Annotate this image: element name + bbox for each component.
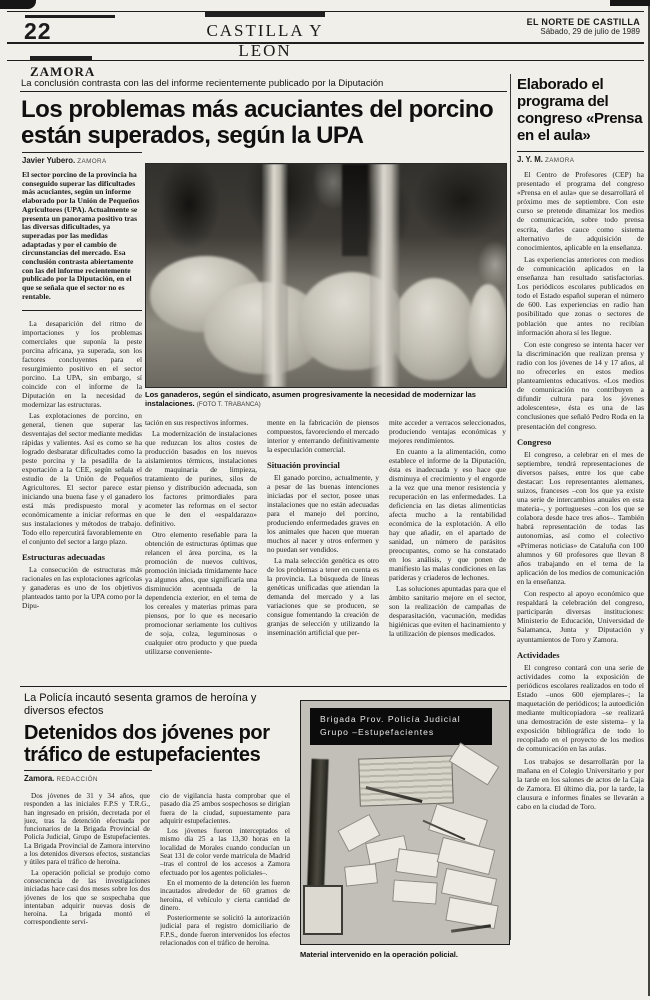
police-sign: Brigada Prov. Policía Judicial Grupo –Es…: [310, 708, 492, 745]
main-headline: Los problemas más acuciantes del porcino…: [21, 97, 509, 149]
evidence-photo-caption: Material intervenido en la operación pol…: [300, 950, 510, 959]
police-headline: Detenidos dos jóvenes por tráfico de est…: [24, 722, 324, 766]
paragraph: Con respecto al apoyo económico que resp…: [517, 589, 644, 644]
paragraph: Las soluciones apuntadas para que el ámb…: [389, 584, 506, 638]
police-sign-line1: Brigada Prov. Policía Judicial: [320, 713, 492, 726]
main-kicker-rule: [20, 91, 507, 92]
sidebar-article: Elaborado el programa del congreso «Pren…: [517, 76, 644, 988]
pig: [392, 278, 476, 380]
evidence-box: [303, 885, 343, 935]
fence-post: [370, 164, 400, 387]
paragraph: En el momento de la detención les fueron…: [160, 879, 290, 912]
main-kicker: La conclusión contrasta con las del info…: [21, 78, 507, 89]
publication-block: EL NORTE DE CASTILLA Sábado, 29 de julio…: [480, 17, 640, 36]
main-col1-body: La desaparición del ritmo de importacion…: [22, 319, 142, 610]
evidence-packet: [344, 863, 378, 886]
paragraph: Las explotaciones de porcino, en general…: [22, 411, 142, 546]
main-byline-place: ZAMORA: [77, 158, 106, 165]
section-title: CASTILLA Y LEON: [180, 21, 350, 61]
congress-byline-place: ZAMORA: [545, 157, 574, 164]
pigs-photo: [145, 163, 507, 388]
paragraph: La operación policial se produjo como co…: [24, 869, 150, 927]
fence-post: [262, 164, 288, 387]
paragraph: Con este congreso se intenta hacer ver l…: [517, 340, 644, 431]
police-byline-rule: [24, 770, 152, 771]
scan-artifact-topright: [610, 0, 650, 6]
paragraph: Los trabajos se desarrollarán por la mañ…: [517, 757, 644, 812]
evidence-packet: [449, 742, 500, 785]
paragraph: La mala selección genética es otro de lo…: [267, 556, 379, 637]
photo-credit: (FOTO T. TRABANCA): [197, 401, 261, 408]
paragraph: El congreso contará con una serie de act…: [517, 663, 644, 754]
caption-text: Los ganaderos, según el sindicato, asume…: [145, 390, 476, 408]
subhead-congreso: Congreso: [517, 437, 644, 447]
evidence-photo: Brigada Prov. Policía Judicial Grupo –Es…: [300, 700, 510, 945]
region-rule: [7, 60, 644, 61]
lead-rule: [22, 310, 142, 311]
syringe: [451, 924, 491, 933]
main-col3: mente en la fabricación de piensos compu…: [267, 418, 379, 684]
scan-artifact-topleft: [0, 0, 36, 9]
paragraph: mente en la fabricación de piensos compu…: [267, 418, 379, 454]
paragraph: cio de vigilancia hasta comprobar que el…: [160, 792, 290, 825]
paragraph: La desaparición del ritmo de importacion…: [22, 319, 142, 409]
police-col1: Dos jóvenes de 31 y 34 años, que respond…: [24, 792, 150, 970]
page-number: 22: [24, 18, 52, 45]
main-col4: mite acceder a verracos seleccionados, p…: [389, 418, 506, 686]
paragraph: Las experiencias anteriores con medios d…: [517, 255, 644, 337]
main-byline: Javier Yubero. ZAMORA: [22, 156, 142, 165]
congress-byline-author: J. Y. M.: [517, 155, 543, 164]
evidence-packet: [392, 879, 437, 904]
paragraph: El congreso, a celebrar en el mes de sep…: [517, 450, 644, 586]
header-top-rule: [7, 11, 644, 12]
pig: [468, 284, 507, 378]
publication-date: Sábado, 29 de julio de 1989: [480, 27, 640, 36]
paragraph: Otro elemento reseñable para la obtenció…: [145, 530, 257, 656]
paragraph: La modernización de instalaciones que re…: [145, 429, 257, 528]
main-byline-author: Javier Yubero.: [22, 156, 75, 165]
congress-body: El Centro de Profesores (CEP) ha present…: [517, 170, 644, 811]
congress-byline-rule: [517, 151, 644, 152]
publication-name: EL NORTE DE CASTILLA: [480, 17, 640, 27]
paragraph: mite acceder a verracos seleccionados, p…: [389, 418, 506, 445]
paragraph: El Centro de Profesores (CEP) ha present…: [517, 170, 644, 252]
main-col1: Javier Yubero. ZAMORA El sector porcino …: [22, 152, 142, 684]
section-bar: [205, 12, 325, 17]
police-kicker: La Policía incautó sesenta gramos de her…: [24, 692, 292, 718]
bottom-article-rule: [20, 686, 507, 687]
byline-rule: [22, 152, 142, 153]
main-lead: El sector porcino de la provincia ha con…: [22, 171, 142, 302]
police-col2: cio de vigilancia hasta comprobar que el…: [160, 792, 290, 992]
police-byline-place: Zamora.: [24, 774, 54, 783]
subhead-actividades: Actividades: [517, 650, 644, 660]
paragraph: Dos jóvenes de 31 y 34 años, que respond…: [24, 792, 150, 867]
paragraph: La consecución de estructuras más racion…: [22, 565, 142, 610]
police-sign-line2: Grupo –Estupefacientes: [320, 726, 492, 739]
congress-byline: J. Y. M. ZAMORA: [517, 155, 644, 164]
congress-headline: Elaborado el programa del congreso «Pren…: [517, 76, 644, 144]
subhead-situacion: Situación provincial: [267, 460, 379, 470]
subhead-estructuras: Estructuras adecuadas: [22, 552, 142, 562]
paragraph: Posteriormente se solicitó la autorizaci…: [160, 914, 290, 947]
paragraph: En cuanto a la alimentación, como establ…: [389, 447, 506, 582]
police-byline-author: REDACCIÓN: [56, 776, 97, 783]
paragraph: El ganado porcino, actualmente, y a pesa…: [267, 473, 379, 554]
farmer-figure: [342, 164, 368, 256]
main-photo-caption: Los ganaderos, según el sindicato, asume…: [145, 390, 506, 409]
main-col2: tación en sus respectivos informes. La m…: [145, 418, 257, 684]
evidence-packet: [396, 848, 441, 878]
newspaper-page: 22 CASTILLA Y LEON EL NORTE DE CASTILLA …: [0, 0, 650, 1000]
paragraph: Los jóvenes fueron interceptados el mism…: [160, 827, 290, 877]
paragraph: tación en sus respectivos informes.: [145, 418, 257, 427]
column-divider: [510, 74, 511, 940]
police-byline: Zamora. REDACCIÓN: [24, 774, 98, 783]
header-bottom-rule: [7, 42, 644, 44]
